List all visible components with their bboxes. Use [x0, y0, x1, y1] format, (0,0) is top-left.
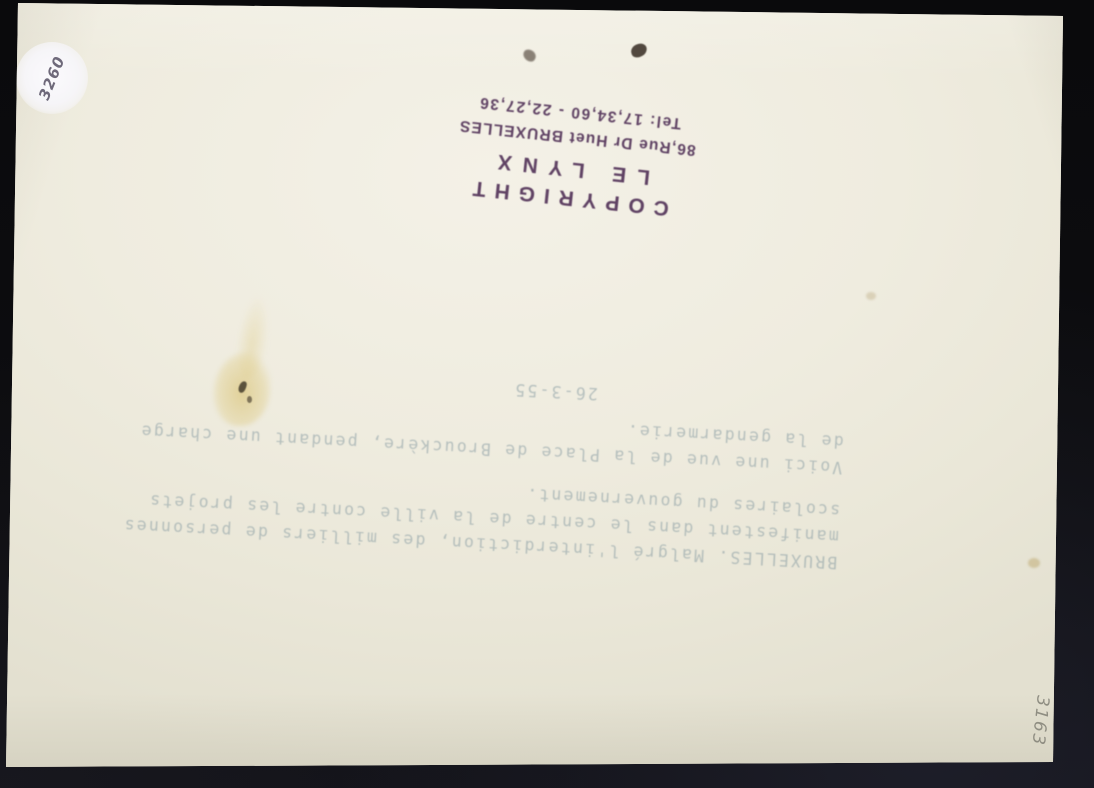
typed-caption: BRUXELLES. Malgré l'interdiction, des mi…	[32, 351, 846, 575]
sticker-number: 3260	[35, 53, 69, 102]
copyright-stamp: COPYRIGHT LE LYNX 86,Rue Dr Huet BRUXELL…	[401, 35, 756, 228]
archive-sticker: 3260	[16, 42, 88, 114]
ink-speck	[630, 42, 649, 59]
stain-dark-speck	[247, 396, 252, 403]
photo-back-paper: 3260 COPYRIGHT LE LYNX 86,Rue Dr Huet BR…	[0, 0, 1094, 788]
faint-spot	[1028, 558, 1040, 568]
faint-spot	[866, 292, 876, 300]
pencil-number: 3163	[1026, 682, 1054, 760]
black-mount-background: 3260 COPYRIGHT LE LYNX 86,Rue Dr Huet BR…	[0, 0, 1094, 788]
